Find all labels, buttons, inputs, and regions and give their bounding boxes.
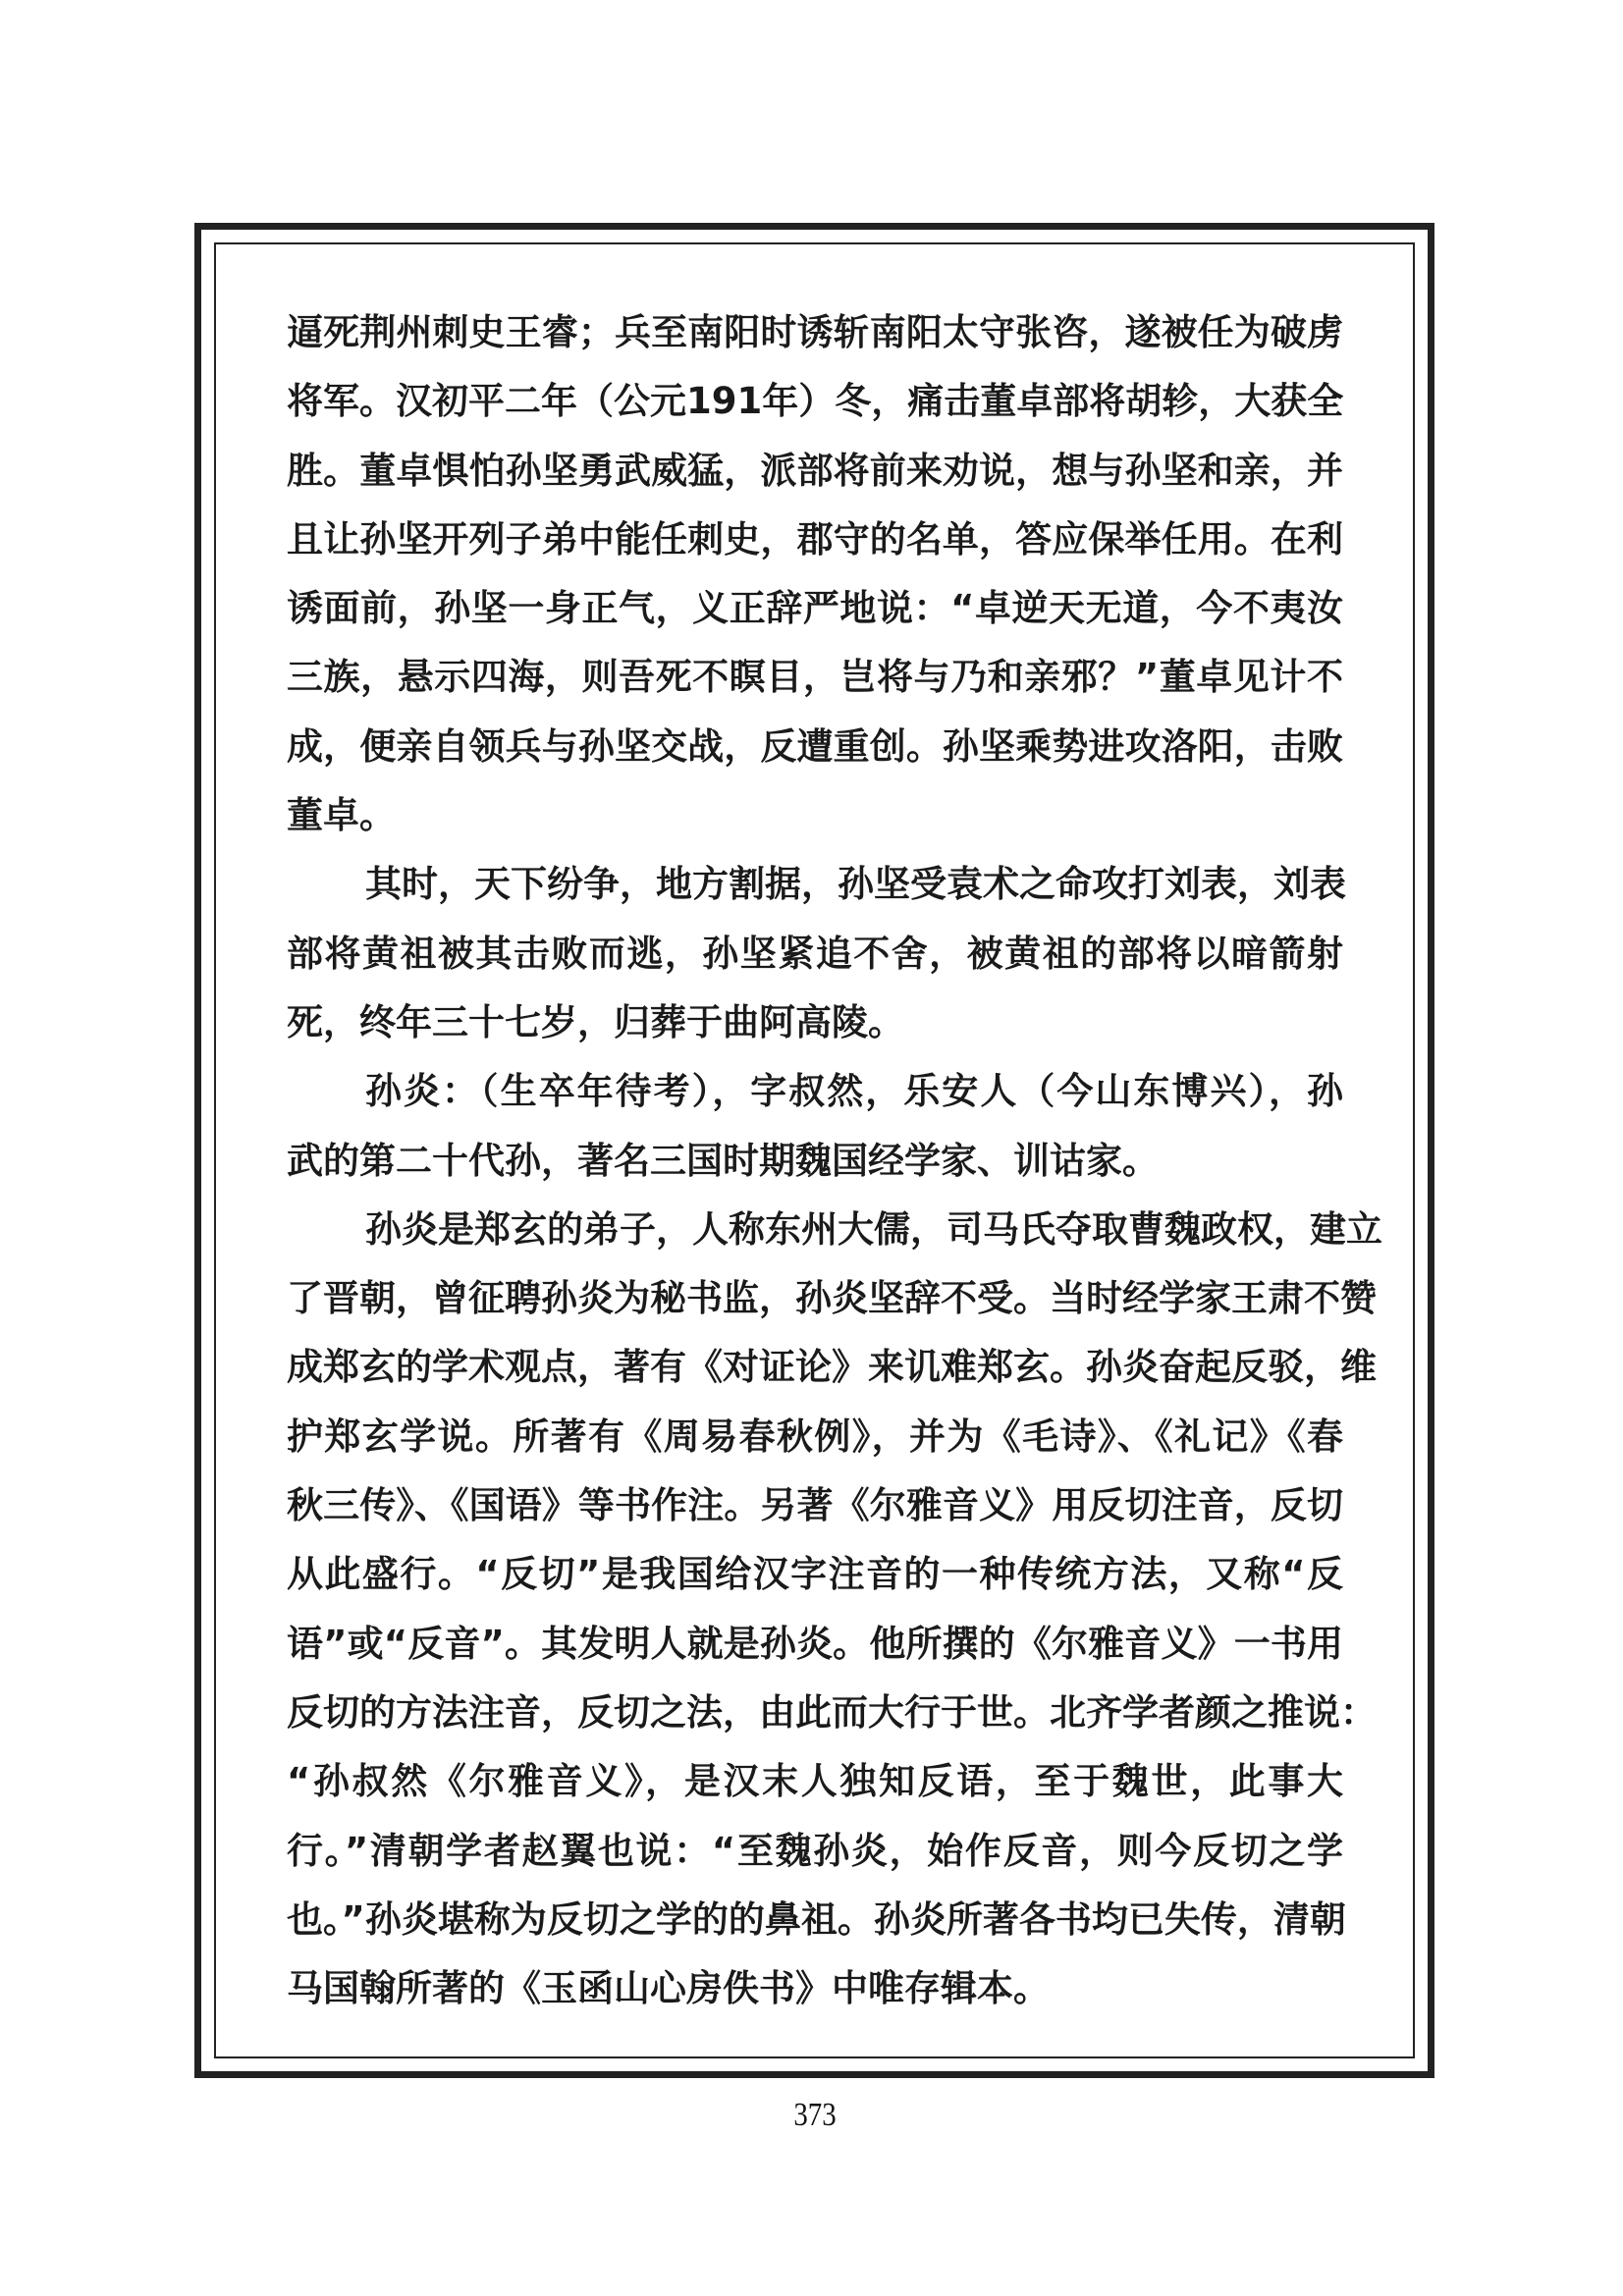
text-line: 秋三传》、《国语》等书作注。另著《尔雅音义》用反切注音，反切: [287, 1478, 1343, 1547]
text-line: “孙叔然《尔雅音义》，是汉末人独知反语，至于魏世，此事大: [287, 1754, 1343, 1823]
text-line: 诱面前，孙坚一身正气，义正辞严地说：“卓逆天无道，今不夷汝: [287, 581, 1343, 650]
text-line: 马国翰所著的《玉函山心房佚书》中唯存辑本。: [287, 1961, 1343, 2030]
text-line: 行。”清朝学者赵翼也说：“至魏孙炎，始作反音，则今反切之学: [287, 1824, 1343, 1893]
text-line: 且让孙坚开列子弟中能任刺史，郡守的名单，答应保举任用。在利: [287, 512, 1343, 581]
text-line: 成，便亲自领兵与孙坚交战，反遭重创。孙坚乘势进攻洛阳，击败: [287, 720, 1343, 788]
text-line: 护郑玄学说。所著有《周易春秋例》，并为《毛诗》、《礼记》《春: [287, 1410, 1343, 1478]
page-number: 373: [123, 2097, 1508, 2134]
text-line: 孙炎：（生卒年待考），字叔然，乐安人（今山东博兴），孙: [287, 1064, 1343, 1133]
text-line: 胜。董卓惧怕孙坚勇武威猛，派部将前来劝说，想与孙坚和亲，并: [287, 444, 1343, 512]
body-text: 逼死荆州刺史王睿；兵至南阳时诱斩南阳太守张咨，遂被任为破虏 将军。汉初平二年（公…: [287, 305, 1343, 2030]
text-line: 董卓。: [287, 788, 1343, 857]
text-line: 语”或“反音”。其发明人就是孙炎。他所撰的《尔雅音义》一书用: [287, 1617, 1343, 1685]
text-line: 反切的方法注音，反切之法，由此而大行于世。北齐学者颜之推说：: [287, 1685, 1343, 1754]
text-line: 逼死荆州刺史王睿；兵至南阳时诱斩南阳太守张咨，遂被任为破虏: [287, 305, 1343, 374]
text-line: 部将黄祖被其击败而逃，孙坚紧追不舍，被黄祖的部将以暗箭射: [287, 927, 1343, 995]
text-line: 武的第二十代孙，著名三国时期魏国经学家、训诂家。: [287, 1134, 1343, 1202]
text-line: 了晋朝，曾征聘孙炎为秘书监，孙炎坚辞不受。当时经学家王肃不赞: [287, 1271, 1343, 1340]
text-line: 三族，悬示四海，则吾死不瞑目，岂将与乃和亲邪？”董卓见计不: [287, 650, 1343, 719]
text-line: 其时，天下纷争，地方割据，孙坚受袁术之命攻打刘表，刘表: [287, 857, 1343, 926]
text-line: 将军。汉初平二年（公元191年）冬，痛击董卓部将胡轸，大获全: [287, 374, 1343, 443]
text-line: 成郑玄的学术观点，著有《对证论》来讥难郑玄。孙炎奋起反驳，维: [287, 1340, 1343, 1409]
text-line: 也。”孙炎堪称为反切之学的的鼻祖。孙炎所著各书均已失传，清朝: [287, 1893, 1343, 1961]
text-line: 从此盛行。“反切”是我国给汉字注音的一种传统方法，又称“反: [287, 1547, 1343, 1616]
text-line: 死，终年三十七岁，归葬于曲阿高陵。: [287, 995, 1343, 1064]
text-line: 孙炎是郑玄的弟子，人称东州大儒，司马氏夺取曹魏政权，建立: [287, 1202, 1343, 1271]
